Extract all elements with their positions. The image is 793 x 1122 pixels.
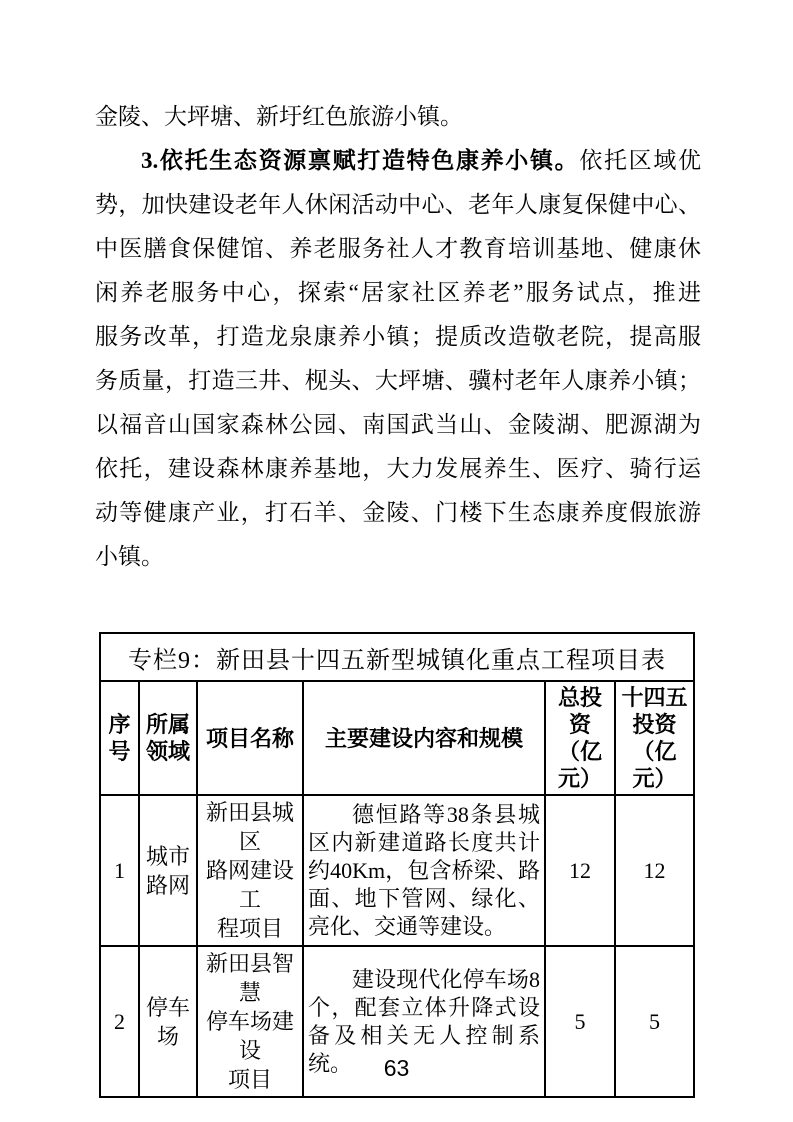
cell-field: 城市 路网 bbox=[139, 795, 197, 946]
cell-project-name: 新田县城区 路网建设工 程项目 bbox=[197, 795, 303, 946]
cell-content: 德恒路等38条县城区内新建道路长度共计约40Km，包含桥梁、路面、地下管网、绿化… bbox=[303, 795, 545, 946]
paragraph-line: 闲养老服务中心，探索“居家社区养老”服务试点，推进 bbox=[95, 271, 701, 315]
table-title-row: 专栏9：新田县十四五新型城镇化重点工程项目表 bbox=[100, 633, 694, 681]
page-number: 63 bbox=[0, 1055, 793, 1082]
table-title: 专栏9：新田县十四五新型城镇化重点工程项目表 bbox=[100, 633, 694, 681]
paragraph-last-line: 小镇。 bbox=[95, 535, 701, 579]
project-table: 专栏9：新田县十四五新型城镇化重点工程项目表 序 号 所属 领域 项目名称 主要… bbox=[99, 632, 695, 1098]
paragraph-line: 务质量，打造三井、枧头、大坪塘、骥村老年人康养小镇； bbox=[95, 359, 701, 403]
column-header-field: 所属 领域 bbox=[139, 681, 197, 795]
body-text: 金陵、大坪塘、新圩红色旅游小镇。 3.依托生态资源禀赋打造特色康养小镇。依托区域… bbox=[95, 95, 701, 579]
section-heading: 3.依托生态资源禀赋打造特色康养小镇。 bbox=[141, 148, 579, 173]
cell-plan-investment: 12 bbox=[615, 795, 694, 946]
document-page: 金陵、大坪塘、新圩红色旅游小镇。 3.依托生态资源禀赋打造特色康养小镇。依托区域… bbox=[0, 0, 793, 1122]
cell-total-investment: 12 bbox=[545, 795, 615, 946]
cell-no: 1 bbox=[100, 795, 139, 946]
column-header-content: 主要建设内容和规模 bbox=[303, 681, 545, 795]
paragraph-line: 依托，建设森林康养基地，大力发展养生、医疗、骑行运 bbox=[95, 447, 701, 491]
paragraph-line: 服务改革，打造龙泉康养小镇；提质改造敬老院，提高服 bbox=[95, 315, 701, 359]
paragraph-line: 势，加快建设老年人休闲活动中心、老年人康复保健中心、 bbox=[95, 183, 701, 227]
column-header-plan-investment: 十四五 投资 （亿元） bbox=[615, 681, 694, 795]
heading-line-rest: 依托区域优 bbox=[579, 148, 701, 173]
paragraph-line: 以福音山国家森林公园、南国武当山、金陵湖、肥源湖为 bbox=[95, 403, 701, 447]
column-header-name: 项目名称 bbox=[197, 681, 303, 795]
column-header-total-investment: 总投资 （亿元） bbox=[545, 681, 615, 795]
table-row: 1 城市 路网 新田县城区 路网建设工 程项目 德恒路等38条县城区内新建道路长… bbox=[100, 795, 694, 946]
paragraph-end-line: 金陵、大坪塘、新圩红色旅游小镇。 bbox=[95, 95, 701, 139]
paragraph-line: 中医膳食保健馆、养老服务社人才教育培训基地、健康休 bbox=[95, 227, 701, 271]
section-heading-line: 3.依托生态资源禀赋打造特色康养小镇。依托区域优 bbox=[95, 139, 701, 183]
paragraph-line: 动等健康产业，打石羊、金陵、门楼下生态康养度假旅游 bbox=[95, 491, 701, 535]
table-header-row: 序 号 所属 领域 项目名称 主要建设内容和规模 总投资 （亿元） 十四五 投资… bbox=[100, 681, 694, 795]
column-header-no: 序 号 bbox=[100, 681, 139, 795]
